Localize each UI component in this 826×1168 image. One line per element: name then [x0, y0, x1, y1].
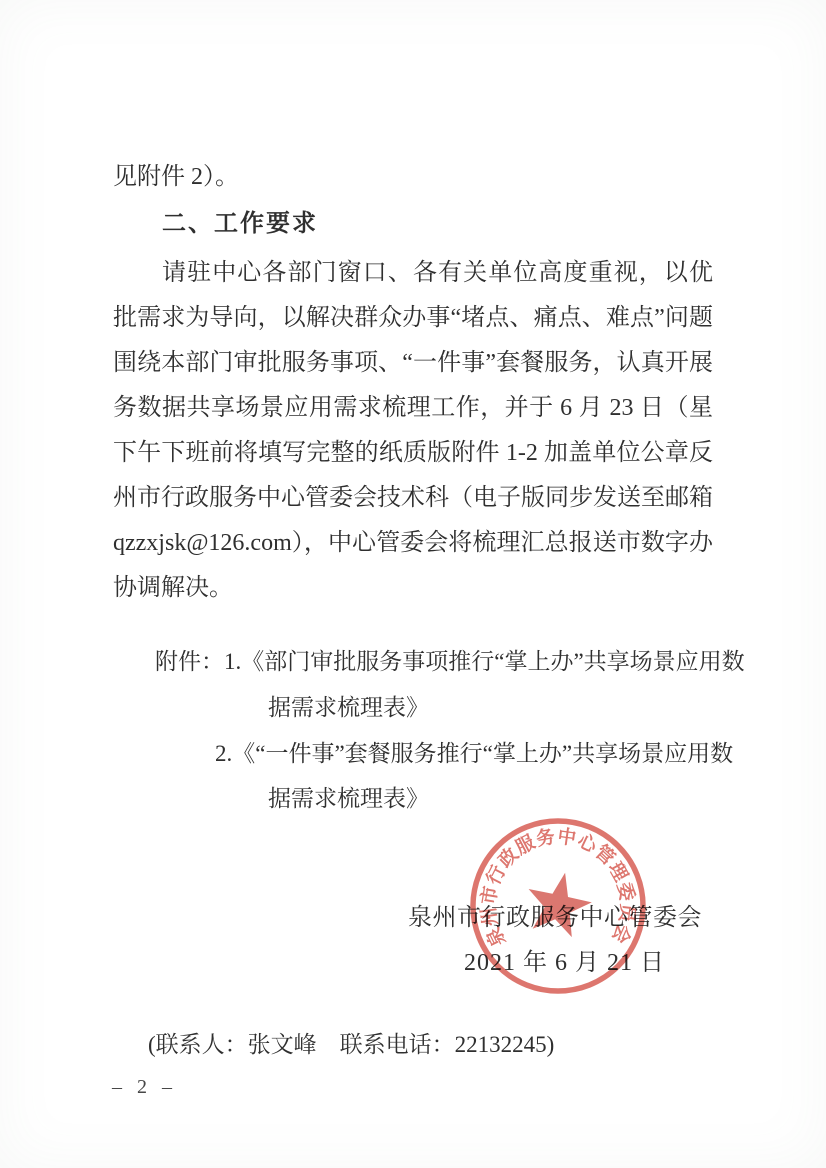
attachment-line: 附件：1.《部门审批服务事项推行“掌上办”共享场景应用数	[155, 643, 745, 676]
body-line: 州市行政服务中心管委会技术科（电子版同步发送至邮箱	[113, 476, 713, 521]
page-number: – 2 –	[112, 1076, 177, 1099]
signature-organization: 泉州市行政服务中心管委会	[408, 897, 702, 932]
body-line: 批需求为导向，以解决群众办事“堵点、痛点、难点”问题为目标，	[113, 296, 713, 341]
document-page: 见附件 2）。 二、工作要求 请驻中心各部门窗口、各有关单位高度重视，以优化行政…	[0, 0, 826, 1168]
body-line: 务数据共享场景应用需求梳理工作，并于 6 月 23 日（星期三）	[113, 386, 713, 431]
body-line: 围绕本部门审批服务事项、“一件事”套餐服务，认真开展审批服	[113, 341, 713, 386]
attachment-line: 据需求梳理表》	[268, 689, 429, 722]
body-line: 请驻中心各部门窗口、各有关单位高度重视，以优化行政审	[113, 251, 713, 296]
body-line: qzzxjsk@126.com），中心管委会将梳理汇总报送市数字办给予	[113, 521, 713, 566]
section-heading: 二、工作要求	[162, 203, 318, 238]
body-paragraph: 请驻中心各部门窗口、各有关单位高度重视，以优化行政审 批需求为导向，以解决群众办…	[113, 251, 713, 611]
attachment-line: 2.《“一件事”套餐服务推行“掌上办”共享场景应用数	[215, 735, 733, 768]
contact-line: (联系人：张文峰 联系电话：22132245)	[148, 1026, 554, 1059]
intro-line: 见附件 2）。	[113, 156, 239, 191]
body-line: 协调解决。	[113, 566, 713, 611]
body-line: 下午下班前将填写完整的纸质版附件 1-2 加盖单位公章反馈至泉	[113, 431, 713, 476]
attachment-line: 据需求梳理表》	[268, 780, 429, 813]
signature-date: 2021 年 6 月 21 日	[464, 942, 665, 977]
